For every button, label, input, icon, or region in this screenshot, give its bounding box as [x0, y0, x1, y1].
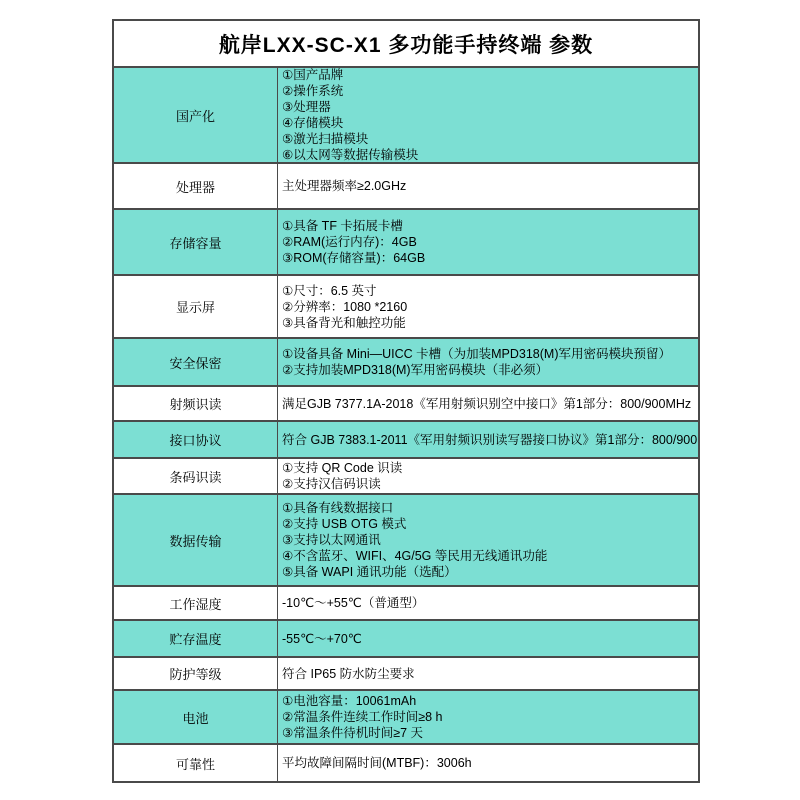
- row-value: 符合 GJB 7383.1-2011《军用射频识别读写器接口协议》第1部分：80…: [278, 422, 698, 457]
- spec-line: 平均故障间隔时间(MTBF)：3006h: [282, 755, 696, 771]
- row-value: ①具备有线数据接口 ②支持 USB OTG 模式 ③支持以太网通讯 ④不含蓝牙、…: [278, 495, 698, 585]
- spec-line: ②支持加装MPD318(M)军用密码模块（非必须）: [282, 362, 696, 378]
- row-label: 工作湿度: [114, 587, 278, 619]
- row-label: 条码识读: [114, 459, 278, 493]
- row-value: 平均故障间隔时间(MTBF)：3006h: [278, 745, 698, 781]
- spec-line: ①尺寸：6.5 英寸: [282, 283, 696, 299]
- row-label: 显示屏: [114, 276, 278, 337]
- spec-line: 符合 IP65 防水防尘要求: [282, 666, 696, 682]
- spec-line: ①支持 QR Code 识读: [282, 460, 696, 476]
- spec-line: ②RAM(运行内存)：4GB: [282, 234, 696, 250]
- table-row: 接口协议 符合 GJB 7383.1-2011《军用射频识别读写器接口协议》第1…: [114, 420, 698, 457]
- spec-line: -10℃～+55℃（普通型）: [282, 595, 696, 611]
- table-row: 工作湿度 -10℃～+55℃（普通型）: [114, 585, 698, 619]
- spec-line: ③常温条件待机时间≥7 天: [282, 725, 696, 741]
- spec-line: ②支持汉信码识读: [282, 476, 696, 492]
- row-label: 可靠性: [114, 745, 278, 781]
- spec-line: ④不含蓝牙、WIFI、4G/5G 等民用无线通讯功能: [282, 548, 696, 564]
- spec-line: ③处理器: [282, 99, 696, 115]
- row-label: 射频识读: [114, 387, 278, 420]
- spec-line: ③具备背光和触控功能: [282, 315, 696, 331]
- table-row: 可靠性 平均故障间隔时间(MTBF)：3006h: [114, 743, 698, 781]
- table-row: 处理器 主处理器频率≥2.0GHz: [114, 162, 698, 208]
- row-value: ①电池容量：10061mAh ②常温条件连续工作时间≥8 h ③常温条件待机时间…: [278, 691, 698, 743]
- spec-line: ②常温条件连续工作时间≥8 h: [282, 709, 696, 725]
- page-title: 航岸LXX-SC-X1 多功能手持终端 参数: [114, 21, 698, 66]
- row-value: ①具备 TF 卡拓展卡槽 ②RAM(运行内存)：4GB ③ROM(存储容量)：6…: [278, 210, 698, 274]
- spec-line: ⑤具备 WAPI 通讯功能（选配）: [282, 564, 696, 580]
- spec-line: ①具备有线数据接口: [282, 500, 696, 516]
- row-value: 符合 IP65 防水防尘要求: [278, 658, 698, 689]
- row-label: 防护等级: [114, 658, 278, 689]
- row-label: 国产化: [114, 68, 278, 162]
- row-label: 接口协议: [114, 422, 278, 457]
- row-value: -10℃～+55℃（普通型）: [278, 587, 698, 619]
- spec-line: ③支持以太网通讯: [282, 532, 696, 548]
- spec-table: 航岸LXX-SC-X1 多功能手持终端 参数 国产化 ①国产品牌 ②操作系统 ③…: [112, 19, 700, 783]
- spec-line: ②操作系统: [282, 83, 696, 99]
- row-value: 主处理器频率≥2.0GHz: [278, 164, 698, 208]
- spec-line: ①电池容量：10061mAh: [282, 693, 696, 709]
- spec-line: ①设备具备 Mini—UICC 卡槽（为加装MPD318(M)军用密码模块预留）: [282, 346, 696, 362]
- row-value: ①设备具备 Mini—UICC 卡槽（为加装MPD318(M)军用密码模块预留）…: [278, 339, 698, 385]
- table-row: 国产化 ①国产品牌 ②操作系统 ③处理器 ④存储模块 ⑤激光扫描模块 ⑥以太网等…: [114, 66, 698, 162]
- table-row: 射频识读 满足GJB 7377.1A-2018《军用射频识别空中接口》第1部分：…: [114, 385, 698, 420]
- spec-line: -55℃～+70℃: [282, 631, 696, 647]
- row-value: ①国产品牌 ②操作系统 ③处理器 ④存储模块 ⑤激光扫描模块 ⑥以太网等数据传输…: [278, 68, 698, 162]
- row-label: 处理器: [114, 164, 278, 208]
- page: 航岸LXX-SC-X1 多功能手持终端 参数 国产化 ①国产品牌 ②操作系统 ③…: [0, 0, 800, 800]
- table-row: 电池 ①电池容量：10061mAh ②常温条件连续工作时间≥8 h ③常温条件待…: [114, 689, 698, 743]
- spec-line: 满足GJB 7377.1A-2018《军用射频识别空中接口》第1部分：800/9…: [282, 396, 696, 412]
- row-value: ①支持 QR Code 识读 ②支持汉信码识读: [278, 459, 698, 493]
- spec-line: ②分辨率：1080 *2160: [282, 299, 696, 315]
- row-value: ①尺寸：6.5 英寸 ②分辨率：1080 *2160 ③具备背光和触控功能: [278, 276, 698, 337]
- table-row: 显示屏 ①尺寸：6.5 英寸 ②分辨率：1080 *2160 ③具备背光和触控功…: [114, 274, 698, 337]
- table-row: 贮存温度 -55℃～+70℃: [114, 619, 698, 656]
- row-value: -55℃～+70℃: [278, 621, 698, 656]
- spec-line: ②支持 USB OTG 模式: [282, 516, 696, 532]
- spec-line: ①具备 TF 卡拓展卡槽: [282, 218, 696, 234]
- table-row: 存储容量 ①具备 TF 卡拓展卡槽 ②RAM(运行内存)：4GB ③ROM(存储…: [114, 208, 698, 274]
- spec-line: 符合 GJB 7383.1-2011《军用射频识别读写器接口协议》第1部分：80…: [282, 432, 696, 448]
- spec-line: ③ROM(存储容量)：64GB: [282, 250, 696, 266]
- row-label: 数据传输: [114, 495, 278, 585]
- row-label: 存储容量: [114, 210, 278, 274]
- row-label: 贮存温度: [114, 621, 278, 656]
- row-label: 电池: [114, 691, 278, 743]
- table-row: 条码识读 ①支持 QR Code 识读 ②支持汉信码识读: [114, 457, 698, 493]
- row-value: 满足GJB 7377.1A-2018《军用射频识别空中接口》第1部分：800/9…: [278, 387, 698, 420]
- table-row: 安全保密 ①设备具备 Mini—UICC 卡槽（为加装MPD318(M)军用密码…: [114, 337, 698, 385]
- spec-line: 主处理器频率≥2.0GHz: [282, 178, 696, 194]
- spec-line: ⑤激光扫描模块: [282, 131, 696, 147]
- spec-line: ⑥以太网等数据传输模块: [282, 147, 696, 162]
- row-label: 安全保密: [114, 339, 278, 385]
- spec-line: ①国产品牌: [282, 68, 696, 83]
- table-row: 数据传输 ①具备有线数据接口 ②支持 USB OTG 模式 ③支持以太网通讯 ④…: [114, 493, 698, 585]
- table-row: 防护等级 符合 IP65 防水防尘要求: [114, 656, 698, 689]
- spec-line: ④存储模块: [282, 115, 696, 131]
